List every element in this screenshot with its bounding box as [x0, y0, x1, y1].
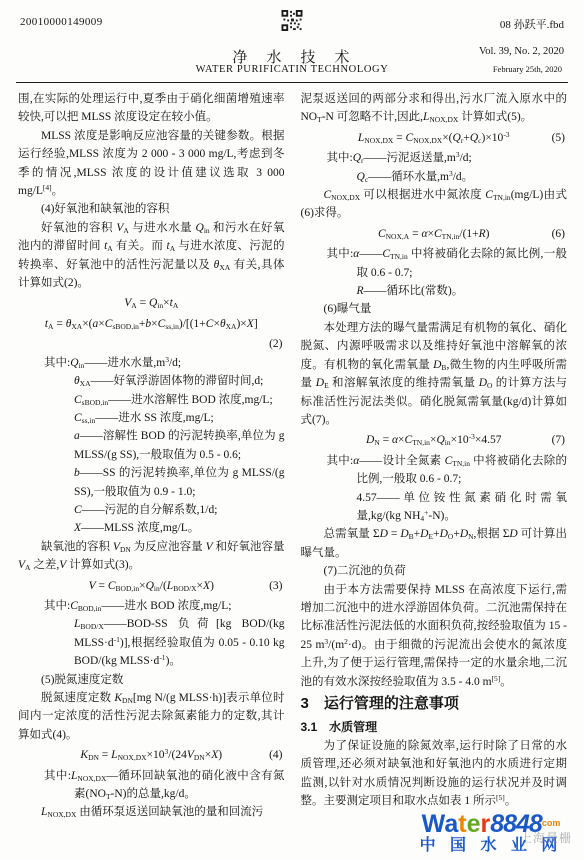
where-definition: CsBOD,in——进水溶解性 BOD 浓度,mg/L;	[18, 391, 285, 409]
paragraph: 由于本方法需要保持 MLSS 在高浓度下运行,需增加二沉池中的进水浮游固体负荷。…	[301, 581, 568, 691]
list-item-heading-6: (6)曝气量	[301, 300, 568, 318]
where-definition: 其中:LNOX,DX—循环回缺氧池的硝化液中含有氮素(NOT-N)的总量,kg/…	[18, 767, 285, 804]
list-item-heading-5: (5)脱氮速度定数	[18, 671, 285, 689]
qr-code-icon	[282, 10, 303, 36]
where-definition: C——污泥的自分解系数,1/d;	[18, 501, 285, 519]
equation-4: KDN = LNOX,DX×103/(24VDN×X) (4)	[18, 746, 285, 764]
where-definition: 其中:CBOD,in——进水 BOD 浓度,mg/L;	[18, 597, 285, 615]
where-definition: X——MLSS 浓度,mg/L。	[18, 519, 285, 537]
equation-number: (5)	[552, 129, 565, 147]
section-3-1-heading: 3.1 水质管理	[301, 717, 568, 737]
equation-number: (3)	[269, 577, 282, 595]
left-column: 围,在实际的处理运行中,夏季由于硝化细菌增殖速率较快,可以把 MLSS 浓度设定…	[18, 90, 285, 822]
where-definition: 其中:Qin——进水水量,m3/d;	[18, 354, 285, 372]
where-definition: θXA——好氧浮游固体物的滞留时间,d;	[18, 372, 285, 390]
watermark-logo-r: r	[480, 810, 490, 838]
paragraph: 泥泵返送回的两部分求和得出,污水厂流入原水中的 NOT-N 可忽略不计,因此,L…	[301, 90, 568, 127]
equation-5: LNOX,DX = CNOX,DX×(Qr+Qc)×10-3 (5)	[301, 129, 568, 147]
equation-2a: VA = Qin×tA	[18, 294, 285, 312]
watermark-logo-t: t	[458, 810, 466, 838]
where-definition: 4.57——单位铵性氮素硝化时需氧量,kg/(kg NH4+-N)。	[301, 489, 568, 526]
list-item-heading-4: (4)好氧池和缺氧池的容积	[18, 200, 285, 218]
equation-6: CNOX,A = α×CTN,in/(1+R) (6)	[301, 225, 568, 243]
where-definition: 其中:Qr——污泥返送量,m3/d;	[301, 149, 568, 167]
right-column: 泥泵返送回的两部分求和得出,污水厂流入原水中的 NOT-N 可忽略不计,因此,L…	[301, 90, 568, 822]
paragraph: CNOX,DX 可以根据进水中氮浓度 CTN,in(mg/L)由式(6)求得。	[301, 186, 568, 223]
equation-2b: tA = θXA×(a×CsBOD,in+b×Css,in)/[(1+C×θXA…	[18, 315, 285, 333]
where-definition: R——循环比(常数)。	[301, 282, 568, 300]
article-body: 围,在实际的处理运行中,夏季由于硝化细菌增殖速率较快,可以把 MLSS 浓度设定…	[18, 90, 567, 822]
where-definition: a——溶解性 BOD 的污泥转换率,单位为 g MLSS/(g SS),一般取值…	[18, 427, 285, 464]
equation-number: (6)	[552, 225, 565, 243]
where-definition: b——SS 的污泥转换率,单位为 g MLSS/(g SS),一般取值为 0.9…	[18, 464, 285, 501]
paragraph: 围,在实际的处理运行中,夏季由于硝化细菌增殖速率较快,可以把 MLSS 浓度设定…	[18, 90, 285, 127]
paragraph: 脱氮速度定数 KDN[mg N/(g MLSS·h)]表示单位时间内一定浓度的活…	[18, 689, 285, 744]
paragraph: 缺氧池的容积 VDN 为反应池容量 V 和好氧池容量 VA 之差,V 计算如式(…	[18, 538, 285, 575]
where-definition: Css,in——进水 SS 浓度,mg/L;	[18, 409, 285, 427]
section-3-heading: 3 运行管理的注意事项	[301, 691, 568, 717]
equation-number: (2)	[18, 335, 285, 353]
paragraph: 为了保证设施的除氮效率,运行时除了日常的水质管理,还必须对缺氧池和好氧池内的水质…	[301, 737, 568, 811]
issue-date: February 25th, 2020	[493, 64, 562, 74]
paragraph: 好氧池的容积 VA 与进水水量 Qin 和污水在好氧池内的滞留时间 tA 有关。…	[18, 219, 285, 293]
equation-7: DN = α×CTN,in×Qin×10-3×4.57 (7)	[301, 431, 568, 449]
paragraph: 本处理方法的曝气量需满足有机物的氧化、硝化脱氮、内源呼吸需求以及维持好氧池中溶解…	[301, 319, 568, 429]
equation-number: (4)	[269, 746, 282, 764]
watermark-logo-wa: Wa	[422, 810, 459, 838]
paragraph: MLSS 浓度是影响反应池容量的关键参数。根据运行经验,MLSS 浓度为 2 0…	[18, 127, 285, 201]
file-note: 08 孙跃平.fbd	[500, 16, 564, 32]
page-header: 20010000149009	[0, 0, 584, 84]
equation-number: (7)	[552, 431, 565, 449]
paragraph: 总需氧量 ΣD = DB+DE+DO+DN,根据 ΣD 可计算出曝气量。	[301, 525, 568, 562]
where-definition: Qc——循环水量,m3/d。	[301, 168, 568, 186]
volume-info: Vol. 39, No. 2, 2020	[479, 46, 564, 57]
paragraph: LNOX,DX 由循环泵返送回缺氧池的量和回流污	[18, 803, 285, 821]
where-definition: LBOD/X——BOD-SS 负荷[kg BOD/(kg MLSS·d-1)],…	[18, 615, 285, 670]
where-definition: 其中:α——设计全氮素 CTN,in 中将被硝化去除的比例,一般取 0.6 - …	[301, 452, 568, 489]
equation-3: V = CBOD,in×Qin/(LBOD/X×X) (3)	[18, 577, 285, 595]
watermark-stamp-overlay: 上海景栅	[520, 829, 572, 846]
scanned-paper-page: 20010000149009	[0, 0, 584, 860]
header-rule	[16, 82, 568, 83]
document-id: 20010000149009	[20, 16, 103, 28]
watermark-logo-suffix: com	[542, 818, 561, 828]
list-item-heading-7: (7)二沉池的负荷	[301, 562, 568, 580]
watermark-logo-e: e	[467, 810, 481, 838]
where-definition: 其中:α——CTN,in 中将被硝化去除的氮比例,一般取 0.6 - 0.7;	[301, 245, 568, 282]
